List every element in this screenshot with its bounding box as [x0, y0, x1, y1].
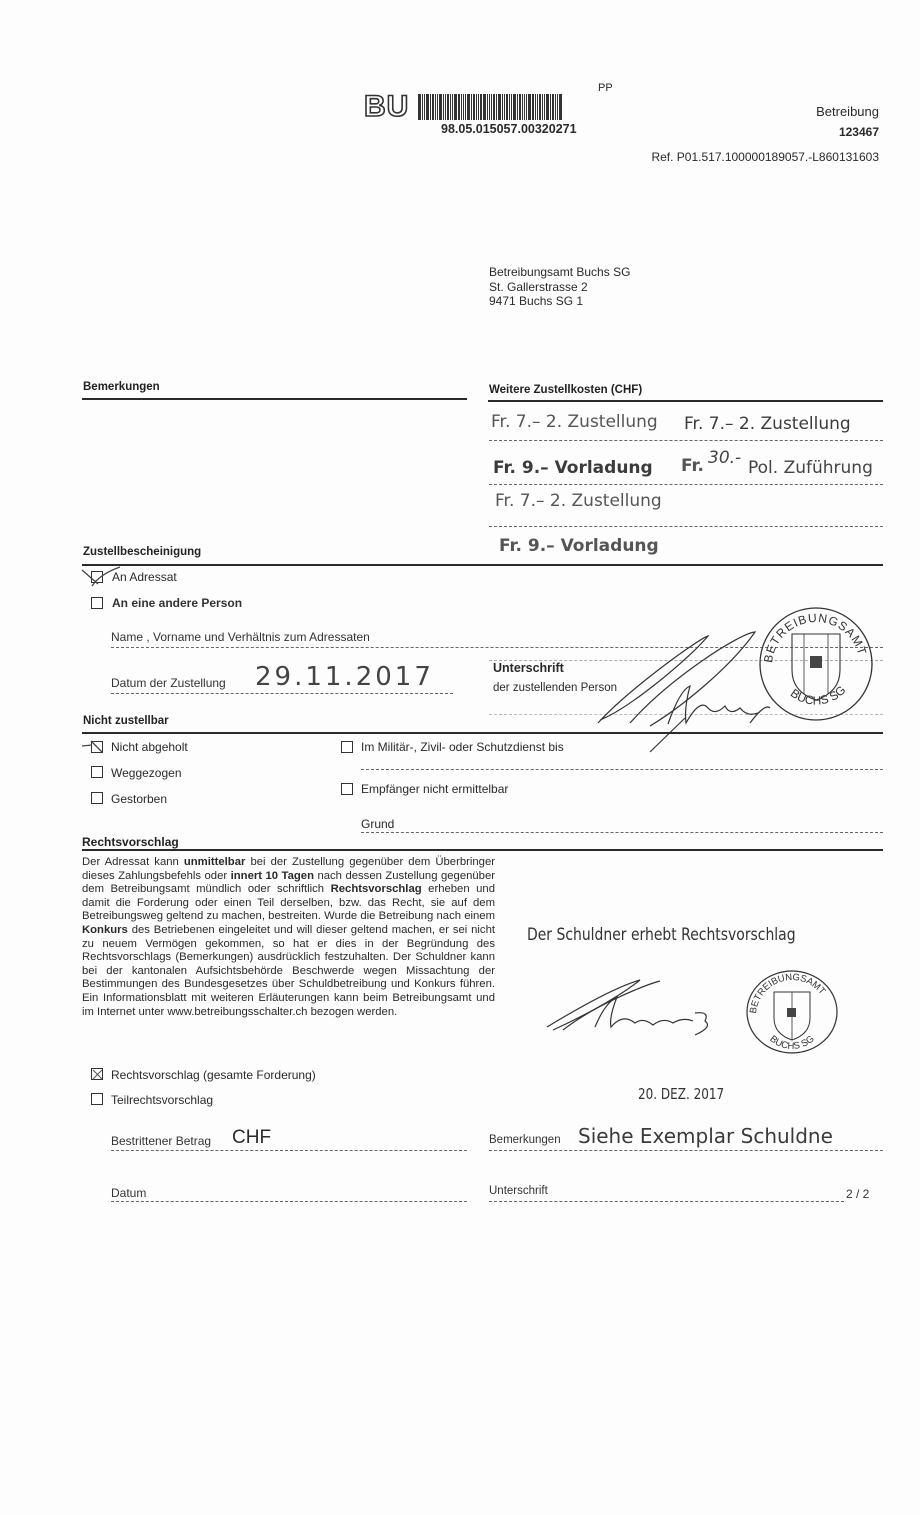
- document-title: Betreibung: [816, 104, 879, 119]
- cost-stamp: Fr. 7.– 2. Zustellung: [491, 412, 658, 432]
- official-stamp: BETREIBUNGSAMT BUCHS SG: [744, 968, 840, 1056]
- checkbox-gestorben[interactable]: [91, 792, 103, 804]
- option-label: Teilrechtsvorschlag: [111, 1093, 213, 1107]
- address-line: St. Gallerstrasse 2: [489, 280, 630, 295]
- stamp-top-text: BETREIBUNGSAMT: [761, 611, 870, 664]
- cost-stamp-prefix: Fr.: [681, 456, 704, 476]
- cost-stamp: Fr. 7.– 2. Zustellung: [684, 414, 851, 434]
- option-label: Weggezogen: [111, 766, 182, 780]
- checkmark-x-icon: [92, 1069, 103, 1080]
- dotted-line: [361, 769, 883, 770]
- dotted-line: [489, 484, 883, 485]
- option-label: Im Militär-, Zivil- oder Schutzdienst bi…: [361, 740, 564, 754]
- cost-stamp: Fr. 9.– Vorladung: [499, 536, 659, 556]
- signature: [545, 975, 725, 1045]
- svg-text:BETREIBUNGSAMT: BETREIBUNGSAMT: [761, 611, 870, 664]
- svg-text:BETREIBUNGSAMT: BETREIBUNGSAMT: [748, 972, 828, 1014]
- option-label: Empfänger nicht ermittelbar: [361, 782, 508, 796]
- name-label: Name , Vorname und Verhältnis zum Adress…: [111, 630, 370, 644]
- bu-label: BU: [364, 90, 409, 124]
- official-stamp: BETREIBUNGSAMT BUCHS SG: [756, 604, 876, 724]
- address-line: Betreibungsamt Buchs SG: [489, 265, 630, 280]
- bemerkungen-label: Bemerkungen: [489, 1134, 561, 1146]
- rechtsvorschlag-stamp-date: 20. DEZ. 2017: [638, 1085, 724, 1103]
- dotted-line: [111, 1150, 467, 1151]
- handwritten-amount: 30.-: [708, 448, 741, 468]
- checkbox-weggezogen[interactable]: [91, 766, 103, 778]
- dotted-line: [489, 440, 883, 441]
- pp-label: PP: [598, 82, 613, 94]
- rechtsvorschlag-stamp-text: Der Schuldner erhebt Rechtsvorschlag: [527, 925, 796, 945]
- betreibung-number: 123467: [839, 125, 879, 139]
- barcode: [418, 94, 614, 120]
- handwritten-date: 29.11.2017: [255, 662, 434, 692]
- zustellbescheinigung-heading: Zustellbescheinigung: [83, 546, 201, 558]
- option-label: Rechtsvorschlag (gesamte Forderung): [111, 1068, 316, 1082]
- option-label: An eine andere Person: [112, 596, 242, 610]
- handwritten-check-icon: [80, 738, 110, 756]
- dotted-line: [489, 1201, 844, 1202]
- option-label: Nicht abgeholt: [111, 740, 188, 754]
- dotted-line: [111, 693, 453, 694]
- betrag-value: CHF: [232, 1127, 271, 1149]
- handwritten-remark: Siehe Exemplar Schuldne: [578, 1124, 833, 1148]
- dotted-line: [489, 1150, 883, 1151]
- barcode-number: 98.05.015057.00320271: [441, 122, 577, 136]
- checkbox-teilrechtsvorschlag[interactable]: [91, 1093, 103, 1105]
- zustellkosten-heading: Weitere Zustellkosten (CHF): [489, 384, 642, 396]
- reference: Ref. P01.517.100000189057.-L860131603: [651, 150, 879, 164]
- cost-stamp: Fr. 7.– 2. Zustellung: [495, 491, 662, 511]
- divider: [82, 398, 467, 400]
- cost-stamp: Fr. 9.– Vorladung: [493, 458, 653, 478]
- datum-label: Datum der Zustellung: [111, 676, 226, 690]
- rechtsvorschlag-paragraph: Der Adressat kann unmittelbar bei der Zu…: [82, 856, 495, 1019]
- divider: [488, 400, 883, 402]
- betrag-label: Bestrittener Betrag: [111, 1134, 211, 1148]
- nicht-zustellbar-heading: Nicht zustellbar: [83, 715, 169, 727]
- grund-label: Grund: [361, 817, 394, 831]
- option-label: Gestorben: [111, 792, 167, 806]
- address-line: 9471 Buchs SG 1: [489, 294, 630, 309]
- checkbox-militaer[interactable]: [341, 741, 353, 753]
- datum-label: Datum: [111, 1186, 146, 1200]
- dotted-line: [489, 526, 883, 527]
- dotted-line: [361, 832, 883, 833]
- cost-stamp: Pol. Zuführung: [748, 458, 873, 478]
- unterschrift-label: Unterschrift: [489, 1185, 548, 1197]
- option-label: An Adressat: [112, 570, 177, 584]
- address-block: Betreibungsamt Buchs SG St. Gallerstrass…: [489, 265, 630, 309]
- signature-label: Unterschrift: [493, 661, 564, 675]
- checkbox-andere-person[interactable]: [91, 597, 103, 609]
- dotted-line: [111, 1201, 467, 1202]
- divider: [82, 732, 883, 734]
- rechtsvorschlag-heading: Rechtsvorschlag: [82, 835, 179, 849]
- signature: [590, 628, 780, 758]
- page-number: 2 / 2: [846, 1187, 869, 1201]
- checkbox-nicht-ermittelbar[interactable]: [341, 783, 353, 795]
- divider: [82, 849, 883, 851]
- bemerkungen-heading: Bemerkungen: [83, 381, 160, 393]
- divider: [82, 564, 883, 566]
